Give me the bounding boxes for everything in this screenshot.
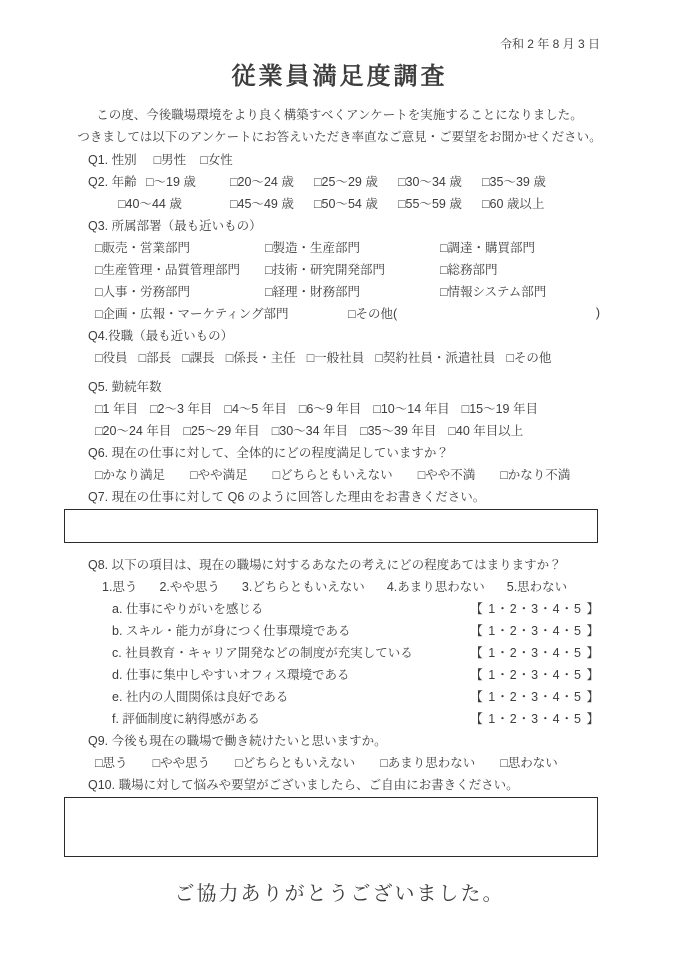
thank-you-message: ご協力ありがとうございました。 [0, 880, 679, 908]
q7-answer-box[interactable] [64, 509, 598, 543]
rating-scale[interactable]: 【 1・2・3・4・5 】 [470, 665, 600, 683]
question-label-q10: Q10. 職場に対して悩みや要望がございましたら、ご自由にお書きください。 [88, 775, 519, 793]
rating-scale[interactable]: 【 1・2・3・4・5 】 [470, 709, 600, 727]
q8-item-row: c. 社員教育・キャリア開発などの制度が充実している 【 1・2・3・4・5 】 [88, 641, 600, 663]
scale-label: 5.思わない [507, 577, 567, 595]
checkbox-option[interactable]: □60 歳以上 [482, 194, 566, 212]
question-q5-row2: □20～24 年目 □25～29 年目 □30～34 年目 □35～39 年目 … [88, 419, 600, 441]
q8-item-row: e. 社内の人間関係は良好である 【 1・2・3・4・5 】 [88, 685, 600, 707]
checkbox-option[interactable]: □部長 [139, 348, 172, 366]
checkbox-option[interactable]: □25～29 歳 [314, 172, 398, 190]
checkbox-option[interactable]: □あまり思わない [380, 753, 475, 771]
rating-scale[interactable]: 【 1・2・3・4・5 】 [470, 687, 600, 705]
question-q4-row: □役員 □部長 □課長 □係長・主任 □一般社員 □契約社員・派遣社員 □その他 [88, 346, 600, 368]
checkbox-option[interactable]: □生産管理・品質管理部門 [95, 260, 265, 278]
question-label-q7: Q7. 現在の仕事に対して Q6 のように回答した理由をお書きください。 [88, 487, 485, 505]
q8-item-row: a. 仕事にやりがいを感じる 【 1・2・3・4・5 】 [88, 597, 600, 619]
intro-line: この度、今後職場環境をより良く構築すべくアンケートを実施することになりました。 [0, 104, 679, 126]
checkbox-option[interactable]: □一般社員 [307, 348, 365, 366]
q8-item-row: f. 評価制度に納得感がある 【 1・2・3・4・5 】 [88, 707, 600, 729]
rating-scale[interactable]: 【 1・2・3・4・5 】 [470, 621, 600, 639]
scale-label: 3.どちらともいえない [242, 577, 365, 595]
checkbox-option[interactable]: □企画・広報・マーケティング部門 [95, 304, 348, 322]
page-title: 従業員満足度調査 [0, 60, 679, 94]
rating-scale[interactable]: 【 1・2・3・4・5 】 [470, 599, 600, 617]
checkbox-option[interactable]: □1 年目 [95, 399, 138, 417]
checkbox-option[interactable]: □6～9 年目 [299, 399, 361, 417]
q8-item-row: d. 仕事に集中しやすいオフィス環境である 【 1・2・3・4・5 】 [88, 663, 600, 685]
checkbox-option[interactable]: □課長 [182, 348, 215, 366]
checkbox-option[interactable]: □やや不満 [418, 465, 476, 483]
checkbox-option[interactable]: □どちらともいえない [235, 753, 355, 771]
checkbox-option[interactable]: □かなり満足 [95, 465, 165, 483]
checkbox-option[interactable]: □その他 [506, 348, 551, 366]
question-label-q5: Q5. 勤続年数 [88, 377, 162, 395]
question-q3-label-row: Q3. 所属部署（最も近いもの） [88, 214, 600, 236]
question-q6-label-row: Q6. 現在の仕事に対して、全体的にどの程度満足していますか？ [88, 441, 600, 463]
question-label-q1: Q1. 性別 [88, 150, 137, 168]
rating-scale[interactable]: 【 1・2・3・4・5 】 [470, 643, 600, 661]
checkbox-option[interactable]: □情報システム部門 [440, 282, 546, 300]
question-q5-row1: □1 年目 □2～3 年目 □4～5 年目 □6～9 年目 □10～14 年目 … [88, 397, 600, 419]
checkbox-option[interactable]: □思わない [500, 753, 558, 771]
question-q7-label-row: Q7. 現在の仕事に対して Q6 のように回答した理由をお書きください。 [88, 485, 600, 507]
checkbox-option[interactable]: □30～34 年目 [272, 421, 348, 439]
checkbox-option[interactable]: □25～29 年目 [183, 421, 259, 439]
document-date: 令和 2 年 8 月 3 日 [88, 36, 600, 52]
checkbox-option[interactable]: □思う [95, 753, 128, 771]
checkbox-option[interactable]: □30～34 歳 [398, 172, 482, 190]
question-label-q9: Q9. 今後も現在の職場で働き続けたいと思いますか。 [88, 731, 387, 749]
q8-item-text: c. 社員教育・キャリア開発などの制度が充実している [112, 643, 413, 661]
checkbox-option[interactable]: □契約社員・派遣社員 [375, 348, 495, 366]
checkbox-option[interactable]: □女性 [200, 150, 233, 168]
question-q6-row: □かなり満足 □やや満足 □どちらともいえない □やや不満 □かなり不満 [88, 463, 600, 485]
q8-item-row: b. スキル・能力が身につく仕事環境である 【 1・2・3・4・5 】 [88, 619, 600, 641]
checkbox-option[interactable]: □総務部門 [440, 260, 498, 278]
checkbox-option[interactable]: □45～49 歳 [230, 194, 314, 212]
checkbox-option[interactable]: □50～54 歳 [314, 194, 398, 212]
other-close-paren: ) [596, 306, 600, 320]
checkbox-option[interactable]: □4～5 年目 [224, 399, 286, 417]
question-label-q4: Q4.役職（最も近いもの） [88, 326, 233, 344]
checkbox-option[interactable]: □経理・財務部門 [265, 282, 440, 300]
question-label-q2: Q2. 年齢 [88, 172, 146, 190]
checkbox-option[interactable]: □技術・研究開発部門 [265, 260, 440, 278]
question-q3-row: □生産管理・品質管理部門 □技術・研究開発部門 □総務部門 [88, 258, 600, 280]
survey-form-page: 令和 2 年 8 月 3 日 従業員満足度調査 この度、今後職場環境をより良く構… [0, 0, 679, 960]
question-q4-label-row: Q4.役職（最も近いもの） [88, 324, 600, 346]
question-q1-row: Q1. 性別 □男性 □女性 [88, 148, 600, 170]
question-q2-row1: Q2. 年齢 □～19 歳 □20～24 歳 □25～29 歳 □30～34 歳… [88, 170, 600, 192]
question-q8-label-row: Q8. 以下の項目は、現在の職場に対するあなたの考えにどの程度あてはまりますか？ [88, 553, 600, 575]
checkbox-option[interactable]: □35～39 歳 [482, 172, 566, 190]
checkbox-option[interactable]: □かなり不満 [500, 465, 570, 483]
q8-item-text: d. 仕事に集中しやすいオフィス環境である [112, 665, 350, 683]
scale-label: 4.あまり思わない [387, 577, 485, 595]
q8-scale-legend-row: 1.思う 2.やや思う 3.どちらともいえない 4.あまり思わない 5.思わない [88, 575, 600, 597]
q10-answer-box[interactable] [64, 797, 598, 857]
question-label-q8: Q8. 以下の項目は、現在の職場に対するあなたの考えにどの程度あてはまりますか？ [88, 555, 562, 573]
q8-item-text: b. スキル・能力が身につく仕事環境である [112, 621, 351, 639]
checkbox-option[interactable]: □～19 歳 [146, 172, 230, 190]
checkbox-option-other[interactable]: □その他( [348, 304, 397, 322]
question-q9-row: □思う □やや思う □どちらともいえない □あまり思わない □思わない [88, 751, 600, 773]
q8-item-text: f. 評価制度に納得感がある [112, 709, 260, 727]
checkbox-option[interactable]: □販売・営業部門 [95, 238, 265, 256]
question-q3-row: □人事・労務部門 □経理・財務部門 □情報システム部門 [88, 280, 600, 302]
question-q3-other-row: □企画・広報・マーケティング部門 □その他( ) [88, 302, 600, 324]
question-q5-label-row: Q5. 勤続年数 [88, 375, 600, 397]
q8-item-text: e. 社内の人間関係は良好である [112, 687, 288, 705]
checkbox-option[interactable]: □調達・購買部門 [440, 238, 535, 256]
question-label-q3: Q3. 所属部署（最も近いもの） [88, 216, 262, 234]
checkbox-option[interactable]: □10～14 年目 [373, 399, 449, 417]
checkbox-option[interactable]: □製造・生産部門 [265, 238, 440, 256]
checkbox-option[interactable]: □係長・主任 [226, 348, 296, 366]
intro-line: つきましては以下のアンケートにお答えいただき率直なご意見・ご要望をお聞かせくださ… [0, 126, 679, 148]
checkbox-option[interactable]: □40 年目以上 [448, 421, 523, 439]
checkbox-option[interactable]: □55～59 歳 [398, 194, 482, 212]
checkbox-option[interactable]: □2～3 年目 [150, 399, 212, 417]
checkbox-option[interactable]: □役員 [95, 348, 128, 366]
checkbox-option[interactable]: □35～39 年目 [360, 421, 436, 439]
checkbox-option[interactable]: □40～44 歳 [118, 194, 230, 212]
question-q10-label-row: Q10. 職場に対して悩みや要望がございましたら、ご自由にお書きください。 [88, 773, 600, 795]
checkbox-option[interactable]: □やや満足 [190, 465, 248, 483]
q8-item-text: a. 仕事にやりがいを感じる [112, 599, 263, 617]
question-label-q6: Q6. 現在の仕事に対して、全体的にどの程度満足していますか？ [88, 443, 449, 461]
checkbox-option[interactable]: □男性 [154, 150, 187, 168]
checkbox-option[interactable]: □15～19 年目 [462, 399, 538, 417]
checkbox-option[interactable]: □20～24 年目 [95, 421, 171, 439]
question-q9-label-row: Q9. 今後も現在の職場で働き続けたいと思いますか。 [88, 729, 600, 751]
checkbox-option[interactable]: □やや思う [153, 753, 211, 771]
question-q2-row2: □40～44 歳 □45～49 歳 □50～54 歳 □55～59 歳 □60 … [88, 192, 600, 214]
checkbox-option[interactable]: □20～24 歳 [230, 172, 314, 190]
checkbox-option[interactable]: □人事・労務部門 [95, 282, 265, 300]
scale-label: 2.やや思う [159, 577, 219, 595]
question-q3-row: □販売・営業部門 □製造・生産部門 □調達・購買部門 [88, 236, 600, 258]
checkbox-option[interactable]: □どちらともいえない [273, 465, 393, 483]
scale-label: 1.思う [102, 577, 137, 595]
